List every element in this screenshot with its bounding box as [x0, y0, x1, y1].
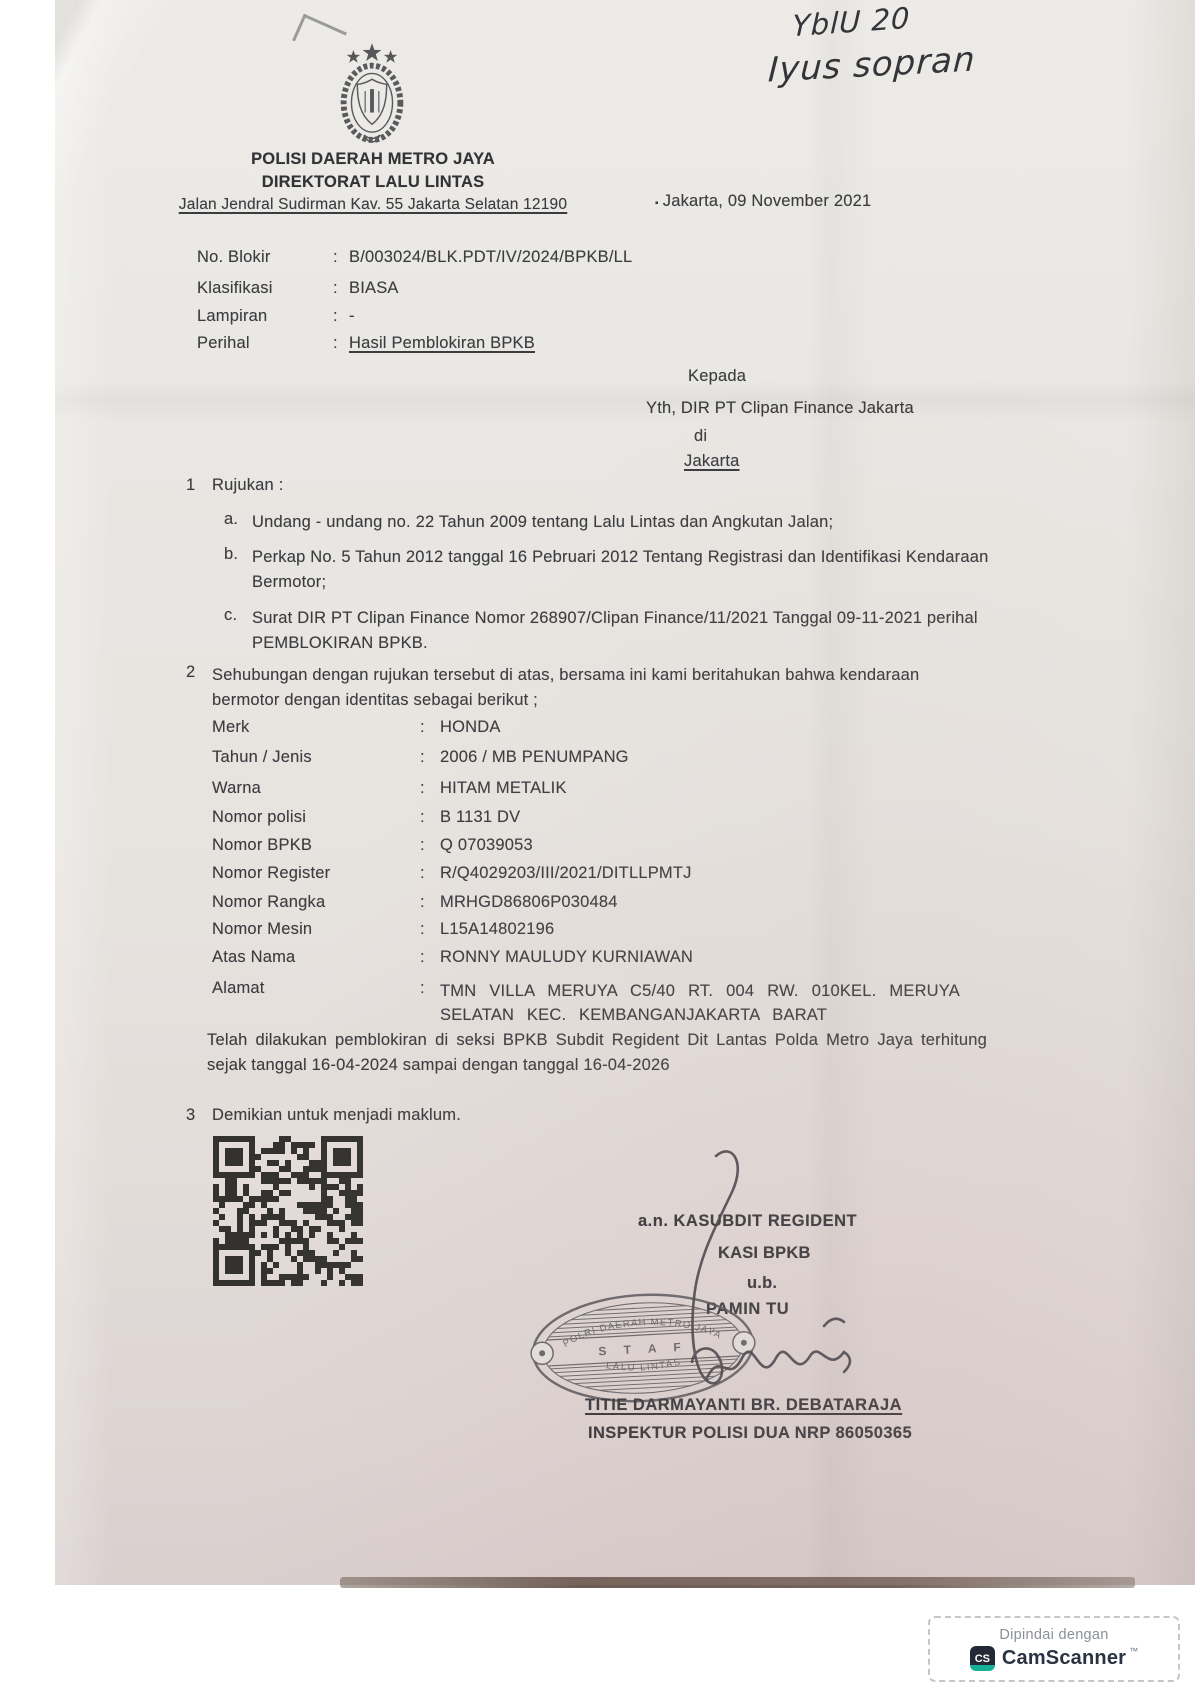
list-number-3: 3 — [186, 1106, 195, 1125]
camscanner-badge: Dipindai dengan CS CamScanner ™ — [928, 1616, 1180, 1682]
point-text: Perkap No. 5 Tahun 2012 tanggal 16 Pebru… — [252, 545, 1012, 595]
vehicle-colon: : — [420, 808, 440, 827]
point-letter: b. — [224, 545, 252, 595]
vehicle-value: MRHGD86806P030484 — [440, 893, 618, 912]
meta-row: No. Blokir : B/003024/BLK.PDT/IV/2024/BP… — [197, 248, 632, 267]
rujukan-point-c: c. Surat DIR PT Clipan Finance Nomor 268… — [224, 606, 1012, 656]
vehicle-colon: : — [420, 718, 440, 737]
vehicle-label: Merk — [212, 718, 420, 737]
meta-value: - — [349, 307, 355, 326]
vehicle-label: Nomor Rangka — [212, 893, 420, 912]
signatory-rank: INSPEKTUR POLISI DUA NRP 86050365 — [588, 1424, 912, 1443]
meta-colon: : — [333, 279, 349, 298]
list-number-1: 1 — [186, 476, 195, 495]
letterhead-org-line2: DIREKTORAT LALU LINTAS — [237, 173, 509, 192]
vehicle-value: B 1131 DV — [440, 808, 520, 827]
point-letter: a. — [224, 510, 252, 535]
meta-colon: : — [333, 307, 349, 326]
camscanner-logo-row: CS CamScanner ™ — [970, 1646, 1138, 1671]
meta-value: BIASA — [349, 279, 399, 298]
vehicle-value: HONDA — [440, 718, 501, 737]
vehicle-value: Q 07039053 — [440, 836, 533, 855]
bullet-icon: ▪ — [655, 198, 659, 210]
rujukan-point-b: b. Perkap No. 5 Tahun 2012 tanggal 16 Pe… — [224, 545, 1012, 595]
vehicle-colon: : — [420, 920, 440, 939]
place-date: Jakarta, 09 November 2021 — [663, 192, 872, 211]
signature-ink — [628, 1148, 878, 1418]
vehicle-value: 2006 / MB PENUMPANG — [440, 748, 629, 767]
camscanner-caption: Dipindai dengan — [999, 1627, 1108, 1643]
scan-bottom-edge — [340, 1577, 1135, 1588]
vehicle-label: Tahun / Jenis — [212, 748, 420, 767]
vehicle-colon: : — [420, 748, 440, 767]
vehicle-row: Alamat : TMN VILLA MERUYA C5/40 RT. 004 … — [212, 979, 960, 1027]
qr-code — [213, 1136, 363, 1286]
list-number-2: 2 — [186, 663, 195, 682]
vehicle-label: Nomor BPKB — [212, 836, 420, 855]
meta-row: Perihal : Hasil Pemblokiran BPKB — [197, 334, 535, 353]
vehicle-label: Nomor Register — [212, 864, 420, 883]
meta-label: Klasifikasi — [197, 279, 333, 298]
rujukan-point-a: a. Undang - undang no. 22 Tahun 2009 ten… — [224, 510, 1012, 535]
recipient-city: Jakarta — [684, 452, 740, 471]
meta-row: Klasifikasi : BIASA — [197, 279, 399, 298]
vehicle-colon: : — [420, 779, 440, 798]
recipient-di: di — [694, 427, 707, 446]
recipient-name: Yth, DIR PT Clipan Finance Jakarta — [646, 399, 914, 418]
vehicle-value: TMN VILLA MERUYA C5/40 RT. 004 RW. 010KE… — [440, 979, 960, 1027]
vehicle-value: R/Q4029203/III/2021/DITLLPMTJ — [440, 864, 692, 883]
item3-text: Demikian untuk menjadi maklum. — [212, 1106, 461, 1125]
vehicle-colon: : — [420, 893, 440, 912]
vehicle-label: Alamat — [212, 979, 420, 1027]
scanned-letter-page: YblU 20 Iyus sopran POLISI DAERAH METRO … — [0, 0, 1200, 1698]
place-date-line: ▪ Jakarta, 09 November 2021 — [655, 192, 871, 211]
vehicle-row: Warna : HITAM METALIK — [212, 779, 567, 798]
meta-label: No. Blokir — [197, 248, 333, 267]
vehicle-row: Nomor polisi : B 1131 DV — [212, 808, 520, 827]
vehicle-row: Nomor Rangka : MRHGD86806P030484 — [212, 893, 618, 912]
item2-text: Sehubungan dengan rujukan tersebut di at… — [212, 663, 990, 713]
vehicle-value: HITAM METALIK — [440, 779, 567, 798]
vehicle-label: Nomor polisi — [212, 808, 420, 827]
vehicle-value: RONNY MAULUDY KURNIAWAN — [440, 948, 693, 967]
letterhead-org-line1: POLISI DAERAH METRO JAYA — [237, 150, 509, 169]
vehicle-colon: : — [420, 948, 440, 967]
blocking-note: Telah dilakukan pemblokiran di seksi BPK… — [207, 1028, 987, 1078]
vehicle-label: Warna — [212, 779, 420, 798]
signatory-name: TITIE DARMAYANTI BR. DEBATARAJA — [585, 1396, 902, 1415]
vehicle-row: Nomor BPKB : Q 07039053 — [212, 836, 533, 855]
vehicle-colon: : — [420, 979, 440, 1027]
camscanner-icon: CS — [970, 1646, 995, 1671]
point-text: Undang - undang no. 22 Tahun 2009 tentan… — [252, 510, 1012, 535]
meta-row: Lampiran : - — [197, 307, 355, 326]
vehicle-label: Nomor Mesin — [212, 920, 420, 939]
vehicle-row: Atas Nama : RONNY MAULUDY KURNIAWAN — [212, 948, 693, 967]
meta-value: Hasil Pemblokiran BPKB — [349, 334, 535, 353]
trademark-mark: ™ — [1129, 1646, 1138, 1656]
meta-value: B/003024/BLK.PDT/IV/2024/BPKB/LL — [349, 248, 632, 267]
letterhead-address: Jalan Jendral Sudirman Kav. 55 Jakarta S… — [178, 196, 568, 214]
meta-colon: : — [333, 334, 349, 353]
recipient-kepada: Kepada — [688, 367, 746, 386]
vehicle-row: Merk : HONDA — [212, 718, 501, 737]
vehicle-row: Nomor Mesin : L15A14802196 — [212, 920, 554, 939]
vehicle-colon: : — [420, 864, 440, 883]
meta-label: Perihal — [197, 334, 333, 353]
vehicle-row: Nomor Register : R/Q4029203/III/2021/DIT… — [212, 864, 692, 883]
meta-colon: : — [333, 248, 349, 267]
vehicle-label: Atas Nama — [212, 948, 420, 967]
point-text: Surat DIR PT Clipan Finance Nomor 268907… — [252, 606, 1012, 656]
vehicle-value: L15A14802196 — [440, 920, 554, 939]
vehicle-colon: : — [420, 836, 440, 855]
rujukan-title: Rujukan : — [212, 476, 284, 495]
point-letter: c. — [224, 606, 252, 656]
police-emblem-icon — [328, 40, 416, 146]
vehicle-row: Tahun / Jenis : 2006 / MB PENUMPANG — [212, 748, 629, 767]
camscanner-name: CamScanner — [1002, 1647, 1126, 1670]
meta-label: Lampiran — [197, 307, 333, 326]
